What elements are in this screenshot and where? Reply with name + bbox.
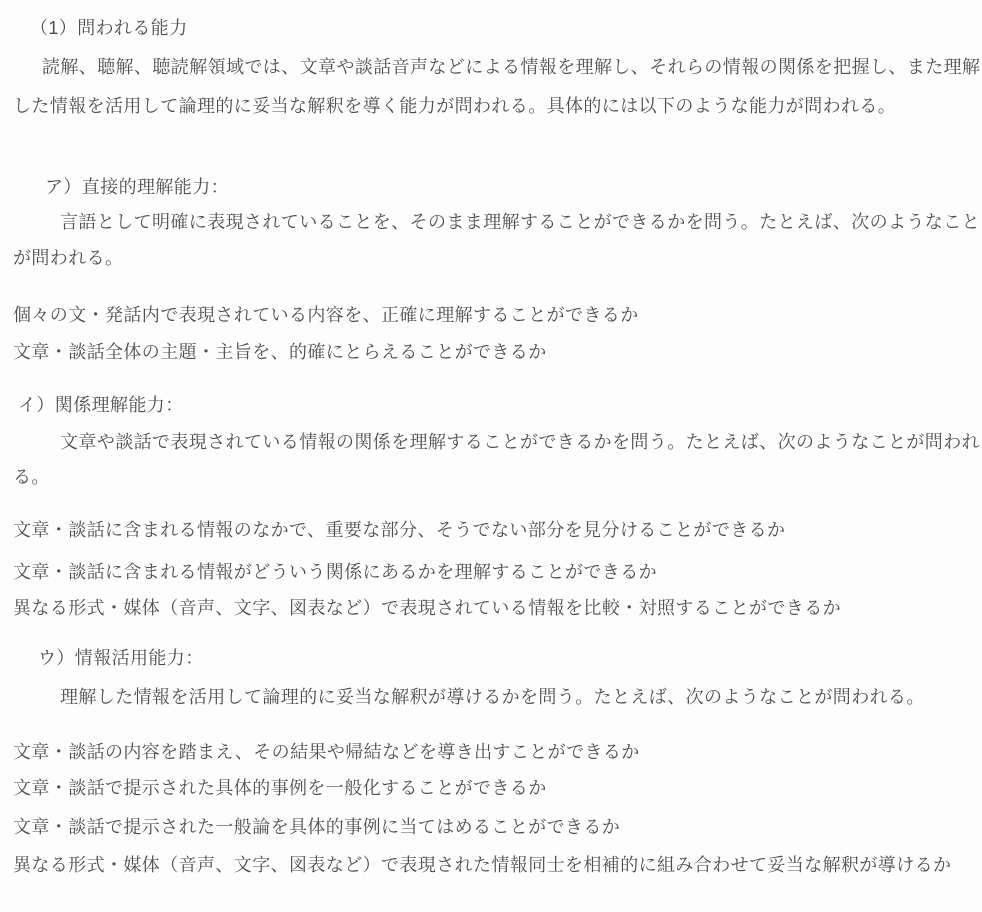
section-i-desc-line-2: る。 <box>13 463 50 491</box>
section-a-bullet-2: 文章・談話全体の主題・主旨を、的確にとらえることができるか <box>13 338 547 366</box>
document-page: （1）問われる能力 読解、聴解、聴読解領域では、文章や談話音声などによる情報を理… <box>0 0 982 912</box>
section-heading: （1）問われる能力 <box>30 14 188 42</box>
section-u-bullet-1: 文章・談話の内容を踏まえ、その結果や帰結などを導き出すことができるか <box>13 738 640 766</box>
section-i-bullet-1: 文章・談話に含まれる情報のなかで、重要な部分、そうでない部分を見分けることができ… <box>13 516 785 544</box>
section-i-bullet-2: 文章・談話に含まれる情報がどういう関係にあるかを理解することができるか <box>13 558 657 586</box>
intro-paragraph-line-2: した情報を活用して論理的に妥当な解釈を導く能力が問われる。具体的には以下のような… <box>13 92 896 120</box>
section-a-desc-line-2: が問われる。 <box>13 244 123 272</box>
section-a-desc-line-1: 言語として明確に表現されていることを、そのまま理解することができるかを問う。たと… <box>60 208 980 236</box>
section-i-desc-line-1: 文章や談話で表現されている情報の関係を理解することができるかを問う。たとえば、次… <box>60 428 980 456</box>
section-label-u: ウ）情報活用能力： <box>38 644 204 672</box>
section-i-bullet-3: 異なる形式・媒体（音声、文字、図表など）で表現されている情報を比較・対照すること… <box>13 594 841 622</box>
section-u-bullet-2: 文章・談話で提示された具体的事例を一般化することができるか <box>13 774 547 802</box>
section-u-bullet-4: 異なる形式・媒体（音声、文字、図表など）で表現された情報同士を相補的に組み合わせ… <box>13 851 951 879</box>
section-u-bullet-3: 文章・談話で提示された一般論を具体的事例に当てはめることができるか <box>13 813 620 841</box>
section-label-a: ア）直接的理解能力： <box>45 173 229 201</box>
section-a-bullet-1: 個々の文・発話内で表現されている内容を、正確に理解することができるか <box>13 301 639 329</box>
section-label-i: イ）関係理解能力： <box>18 391 184 419</box>
section-u-desc-line-1: 理解した情報を活用して論理的に妥当な解釈が導けるかを問う。たとえば、次のようなこ… <box>60 683 925 711</box>
intro-paragraph-line-1: 読解、聴解、聴読解領域では、文章や談話音声などによる情報を理解し、それらの情報の… <box>42 53 980 81</box>
